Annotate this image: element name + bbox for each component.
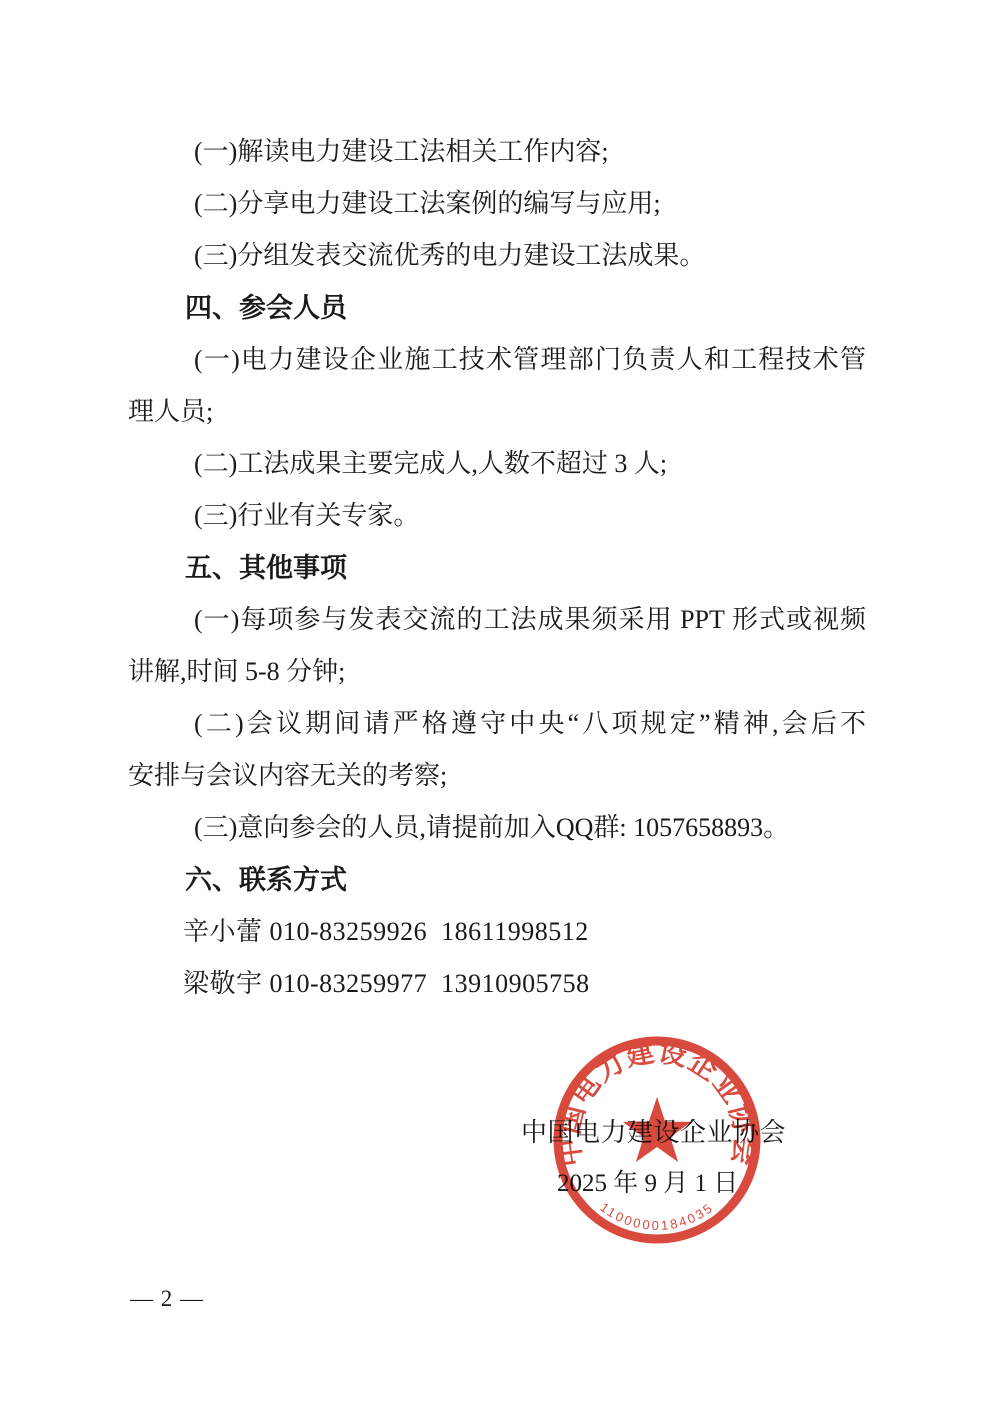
section-heading: 四、参会人员 xyxy=(128,282,866,334)
list-item: (一)解读电力建设工法相关工作内容; xyxy=(128,126,866,178)
list-item: (三)分组发表交流优秀的电力建设工法成果。 xyxy=(128,230,866,282)
list-item: (二)工法成果主要完成人,人数不超过 3 人; xyxy=(128,438,866,490)
list-item: (二)分享电力建设工法案例的编写与应用; xyxy=(128,178,866,230)
list-item: (二)会议期间请严格遵守中央“八项规定”精神,会后不 xyxy=(128,698,866,750)
official-seal: 中国电力建设企业协会 1100000184035 xyxy=(545,1028,769,1252)
list-item: (三)行业有关专家。 xyxy=(128,490,866,542)
page-number: — 2 — xyxy=(130,1286,204,1312)
list-item: (一)电力建设企业施工技术管理部门负责人和工程技术管 xyxy=(128,334,866,386)
document-body: (一)解读电力建设工法相关工作内容; (二)分享电力建设工法案例的编写与应用; … xyxy=(128,126,866,1010)
list-item-continuation: 讲解,时间 5-8 分钟; xyxy=(128,646,866,698)
list-item: (一)每项参与发表交流的工法成果须采用 PPT 形式或视频 xyxy=(128,594,866,646)
seal-star-icon xyxy=(623,1097,691,1162)
list-item: (三)意向参会的人员,请提前加入QQ群: 1057658893。 xyxy=(128,802,866,854)
document-page: (一)解读电力建设工法相关工作内容; (二)分享电力建设工法案例的编写与应用; … xyxy=(0,0,992,1403)
section-heading: 五、其他事项 xyxy=(128,542,866,594)
list-item-continuation: 理人员; xyxy=(128,386,866,438)
section-heading: 六、联系方式 xyxy=(128,854,866,906)
list-item-continuation: 安排与会议内容无关的考察; xyxy=(128,750,866,802)
contact-line: 梁敬宇 010-83259977 13910905758 xyxy=(128,958,866,1010)
contact-line: 辛小蕾 010-83259926 18611998512 xyxy=(128,906,866,958)
